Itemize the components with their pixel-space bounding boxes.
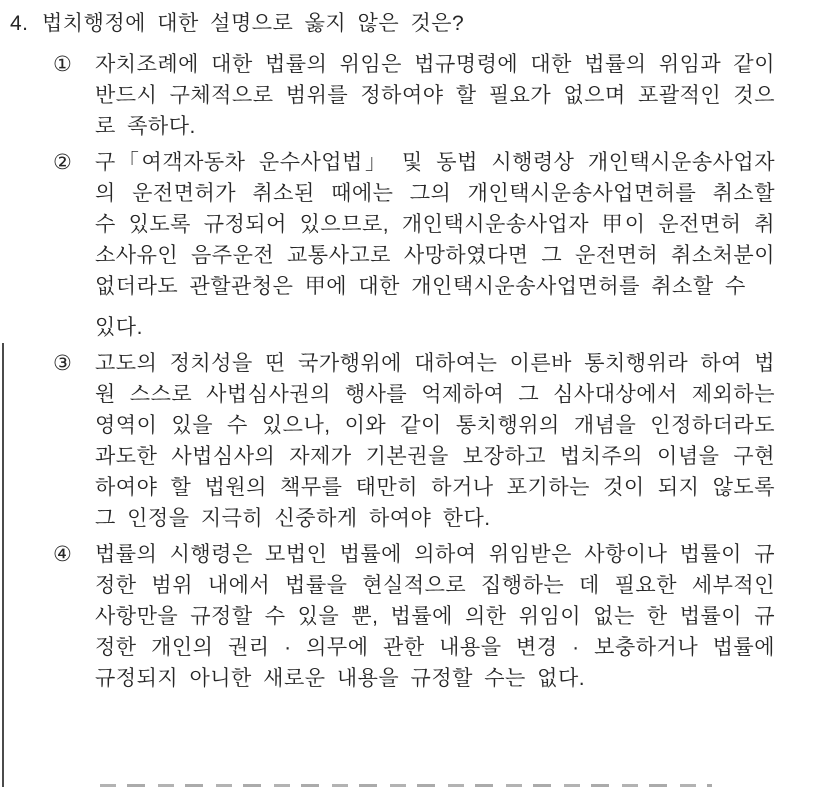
question: 4. 법치행정에 대한 설명으로 옳지 않은 것은? [0,0,826,39]
option-2-text-continued: 있다. [95,312,775,343]
question-number: 4. [10,8,42,39]
options-list: ① 자치조례에 대한 법률의 위임은 법규명령에 대한 법률의 위임과 같이 반… [53,49,826,694]
exam-page: 4. 법치행정에 대한 설명으로 옳지 않은 것은? ① 자치조례에 대한 법률… [0,0,826,787]
option-1-body: 자치조례에 대한 법률의 위임은 법규명령에 대한 법률의 위임과 같이 반드시… [95,49,775,142]
option-3-marker: ③ [53,348,95,534]
option-3-body: 고도의 정치성을 띤 국가행위에 대하여는 이른바 통치행위라 하여 법원 스스… [95,348,775,534]
option-4-marker: ④ [53,539,95,694]
option-2-body: 구「여객자동차 운수사업법」 및 동법 시행령상 개인택시운송사업자의 운전면허… [95,147,775,343]
option-4-text: 법률의 시행령은 모법인 법률에 의하여 위임받은 사항이나 법률이 규정한 범… [95,539,775,694]
option-3: ③ 고도의 정치성을 띤 국가행위에 대하여는 이른바 통치행위라 하여 법원 … [53,348,826,534]
page-edge-rule [2,343,4,787]
option-2: ② 구「여객자동차 운수사업법」 및 동법 시행령상 개인택시운송사업자의 운전… [53,147,826,343]
option-4-body: 법률의 시행령은 모법인 법률에 의하여 위임받은 사항이나 법률이 규정한 범… [95,539,775,694]
option-1-marker: ① [53,49,95,142]
option-2-text: 구「여객자동차 운수사업법」 및 동법 시행령상 개인택시운송사업자의 운전면허… [95,147,775,302]
option-1-text: 자치조례에 대한 법률의 위임은 법규명령에 대한 법률의 위임과 같이 반드시… [95,49,775,142]
option-4: ④ 법률의 시행령은 모법인 법률에 의하여 위임받은 사항이나 법률이 규정한… [53,539,826,694]
question-text: 법치행정에 대한 설명으로 옳지 않은 것은? [42,8,826,39]
option-2-marker: ② [53,147,95,343]
option-1: ① 자치조례에 대한 법률의 위임은 법규명령에 대한 법률의 위임과 같이 반… [53,49,826,142]
option-3-text: 고도의 정치성을 띤 국가행위에 대하여는 이른바 통치행위라 하여 법원 스스… [95,348,775,534]
